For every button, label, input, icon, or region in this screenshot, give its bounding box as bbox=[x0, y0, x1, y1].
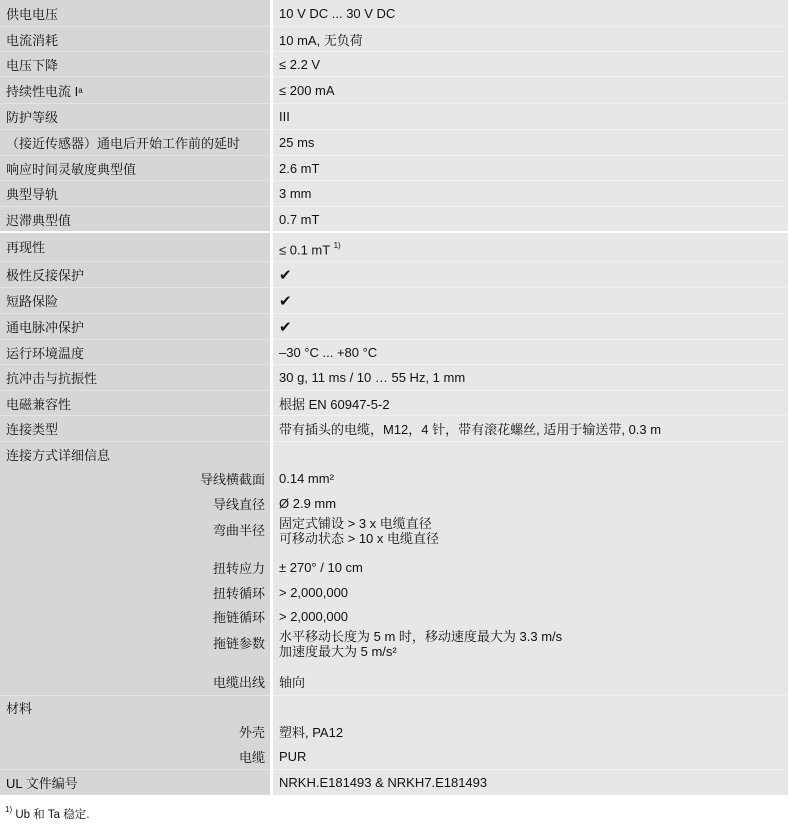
spec-label-text: 持续性电流 I bbox=[6, 81, 78, 100]
spec-value: III bbox=[273, 103, 788, 129]
spec-value: 根据 EN 60947-5-2 bbox=[273, 390, 788, 415]
spec-value-text: ≤ 0.1 mT bbox=[279, 242, 330, 257]
spec-value: 25 ms bbox=[273, 129, 788, 155]
spec-row-connection-type: 连接类型 带有插头的电缆，M12，4 针，带有滚花螺丝, 适用于输送带, 0.3… bbox=[0, 415, 790, 441]
spec-label: （接近传感器）通电后开始工作前的延时 bbox=[0, 129, 270, 155]
spec-label: 迟滞典型值 bbox=[0, 206, 270, 231]
spec-value-line: 可移动状态 > 10 x 电缆直径 bbox=[279, 531, 782, 546]
spec-subrow-drag-chain-params: 拖链参数 水平移动长度为 5 m 时，移动速度最大为 3.3 m/s 加速度最大… bbox=[0, 629, 790, 668]
spec-label: 典型导轨 bbox=[0, 180, 270, 206]
spec-value: Ø 2.9 mm bbox=[273, 491, 788, 516]
spec-value: NRKH.E181493 & NRKH7.E181493 bbox=[273, 769, 788, 795]
spec-row-reverse-polarity: 极性反接保护 ✔ bbox=[0, 261, 790, 287]
spec-value: 固定式铺设 > 3 x 电缆直径 可移动状态 > 10 x 电缆直径 bbox=[273, 516, 788, 555]
spec-row-emc: 电磁兼容性 根据 EN 60947-5-2 bbox=[0, 390, 790, 415]
spec-subrow-cable-exit: 电缆出线 轴向 bbox=[0, 668, 790, 695]
spec-subrow-torsion-cycles: 扭转循环 > 2,000,000 bbox=[0, 580, 790, 604]
spec-value: ≤ 0.1 mT 1) bbox=[273, 231, 788, 261]
spec-label: 通电脉冲保护 bbox=[0, 313, 270, 339]
spec-label: 抗冲击与抗振性 bbox=[0, 364, 270, 390]
spec-label: 防护等级 bbox=[0, 103, 270, 129]
spec-subrow-torsion-stress: 扭转应力 ± 270° / 10 cm bbox=[0, 555, 790, 580]
spec-label: 材料 bbox=[0, 695, 270, 719]
footnote-mark: 1) bbox=[5, 805, 12, 814]
spec-row-material: 材料 bbox=[0, 695, 790, 719]
spec-row-shock-vibration: 抗冲击与抗振性 30 g, 11 ms / 10 … 55 Hz, 1 mm bbox=[0, 364, 790, 390]
spec-value: 带有插头的电缆，M12，4 针，带有滚花螺丝, 适用于输送带, 0.3 m bbox=[273, 415, 788, 441]
spec-value: 0.7 mT bbox=[273, 206, 788, 231]
spec-value: 塑料, PA12 bbox=[273, 719, 788, 744]
spec-value: 30 g, 11 ms / 10 … 55 Hz, 1 mm bbox=[273, 364, 788, 390]
spec-label-subscript: a bbox=[78, 86, 82, 95]
spec-label: 短路保险 bbox=[0, 287, 270, 313]
spec-row-power-pulse: 通电脉冲保护 ✔ bbox=[0, 313, 790, 339]
spec-row-ambient-temp: 运行环境温度 –30 °C ... +80 °C bbox=[0, 339, 790, 364]
spec-value: > 2,000,000 bbox=[273, 580, 788, 604]
spec-label: 连接类型 bbox=[0, 415, 270, 441]
spec-value: 2.6 mT bbox=[273, 155, 788, 180]
spec-sublabel: 电缆出线 bbox=[0, 668, 270, 695]
spec-row-short-circuit: 短路保险 ✔ bbox=[0, 287, 790, 313]
spec-row-response-sensitivity: 响应时间灵敏度典型值 2.6 mT bbox=[0, 155, 790, 180]
spec-value bbox=[273, 695, 788, 719]
spec-row-typical-rail: 典型导轨 3 mm bbox=[0, 180, 790, 206]
spec-row-power-on-delay: （接近传感器）通电后开始工作前的延时 25 ms bbox=[0, 129, 790, 155]
spec-value: 0.14 mm² bbox=[273, 466, 788, 491]
spec-table: 供电电压 10 V DC ... 30 V DC 电流消耗 10 mA, 无负荷… bbox=[0, 0, 790, 795]
spec-label: 持续性电流 Ia bbox=[0, 76, 270, 103]
spec-label: UL 文件编号 bbox=[0, 769, 270, 795]
spec-label: 连接方式详细信息 bbox=[0, 441, 270, 466]
spec-value: > 2,000,000 bbox=[273, 604, 788, 629]
spec-sublabel: 拖链参数 bbox=[0, 629, 270, 668]
spec-value: 3 mm bbox=[273, 180, 788, 206]
spec-row-ul-file: UL 文件编号 NRKH.E181493 & NRKH7.E181493 bbox=[0, 769, 790, 795]
spec-value: ≤ 2.2 V bbox=[273, 51, 788, 76]
spec-label: 电压下降 bbox=[0, 51, 270, 76]
spec-value: 轴向 bbox=[273, 668, 788, 695]
spec-value: ± 270° / 10 cm bbox=[273, 555, 788, 580]
spec-sublabel: 拖链循环 bbox=[0, 604, 270, 629]
check-icon: ✔ bbox=[273, 313, 788, 339]
spec-row-hysteresis: 迟滞典型值 0.7 mT bbox=[0, 206, 790, 231]
spec-sublabel: 扭转循环 bbox=[0, 580, 270, 604]
spec-label: 电流消耗 bbox=[0, 26, 270, 51]
spec-sublabel: 电缆 bbox=[0, 744, 270, 769]
spec-value: 10 mA, 无负荷 bbox=[273, 26, 788, 51]
spec-sublabel: 外壳 bbox=[0, 719, 270, 744]
spec-value-line: 加速度最大为 5 m/s² bbox=[279, 644, 782, 659]
spec-subrow-drag-chain-cycles: 拖链循环 > 2,000,000 bbox=[0, 604, 790, 629]
spec-value: ≤ 200 mA bbox=[273, 76, 788, 103]
spec-row-continuous-current: 持续性电流 Ia ≤ 200 mA bbox=[0, 76, 790, 103]
spec-label: 电磁兼容性 bbox=[0, 390, 270, 415]
spec-value: –30 °C ... +80 °C bbox=[273, 339, 788, 364]
spec-value-line: 水平移动长度为 5 m 时，移动速度最大为 3.3 m/s bbox=[279, 629, 782, 644]
spec-sublabel: 弯曲半径 bbox=[0, 516, 270, 555]
spec-label: 供电电压 bbox=[0, 0, 270, 26]
spec-value-line: 固定式铺设 > 3 x 电缆直径 bbox=[279, 516, 782, 531]
spec-value: 10 V DC ... 30 V DC bbox=[273, 0, 788, 26]
check-icon: ✔ bbox=[273, 287, 788, 313]
footnote: 1) Ub 和 Ta 稳定. bbox=[5, 806, 89, 822]
spec-row-connection-details: 连接方式详细信息 bbox=[0, 441, 790, 466]
spec-label: 极性反接保护 bbox=[0, 261, 270, 287]
spec-value: PUR bbox=[273, 744, 788, 769]
footnote-ref: 1) bbox=[334, 241, 341, 250]
spec-label: 再现性 bbox=[0, 231, 270, 261]
footnote-text: Ub 和 Ta 稳定. bbox=[15, 809, 89, 821]
spec-sublabel: 导线横截面 bbox=[0, 466, 270, 491]
spec-row-current-consumption: 电流消耗 10 mA, 无负荷 bbox=[0, 26, 790, 51]
spec-subrow-housing: 外壳 塑料, PA12 bbox=[0, 719, 790, 744]
spec-subrow-cable: 电缆 PUR bbox=[0, 744, 790, 769]
spec-label: 响应时间灵敏度典型值 bbox=[0, 155, 270, 180]
spec-subrow-bend-radius: 弯曲半径 固定式铺设 > 3 x 电缆直径 可移动状态 > 10 x 电缆直径 bbox=[0, 516, 790, 555]
spec-row-supply-voltage: 供电电压 10 V DC ... 30 V DC bbox=[0, 0, 790, 26]
spec-value bbox=[273, 441, 788, 466]
spec-label: 运行环境温度 bbox=[0, 339, 270, 364]
spec-sublabel: 扭转应力 bbox=[0, 555, 270, 580]
spec-sublabel: 导线直径 bbox=[0, 491, 270, 516]
spec-subrow-wire-cross-section: 导线横截面 0.14 mm² bbox=[0, 466, 790, 491]
spec-row-voltage-drop: 电压下降 ≤ 2.2 V bbox=[0, 51, 790, 76]
spec-row-protection-class: 防护等级 III bbox=[0, 103, 790, 129]
spec-row-repeatability: 再现性 ≤ 0.1 mT 1) bbox=[0, 231, 790, 261]
spec-value: 水平移动长度为 5 m 时，移动速度最大为 3.3 m/s 加速度最大为 5 m… bbox=[273, 629, 788, 668]
spec-subrow-wire-diameter: 导线直径 Ø 2.9 mm bbox=[0, 491, 790, 516]
check-icon: ✔ bbox=[273, 261, 788, 287]
